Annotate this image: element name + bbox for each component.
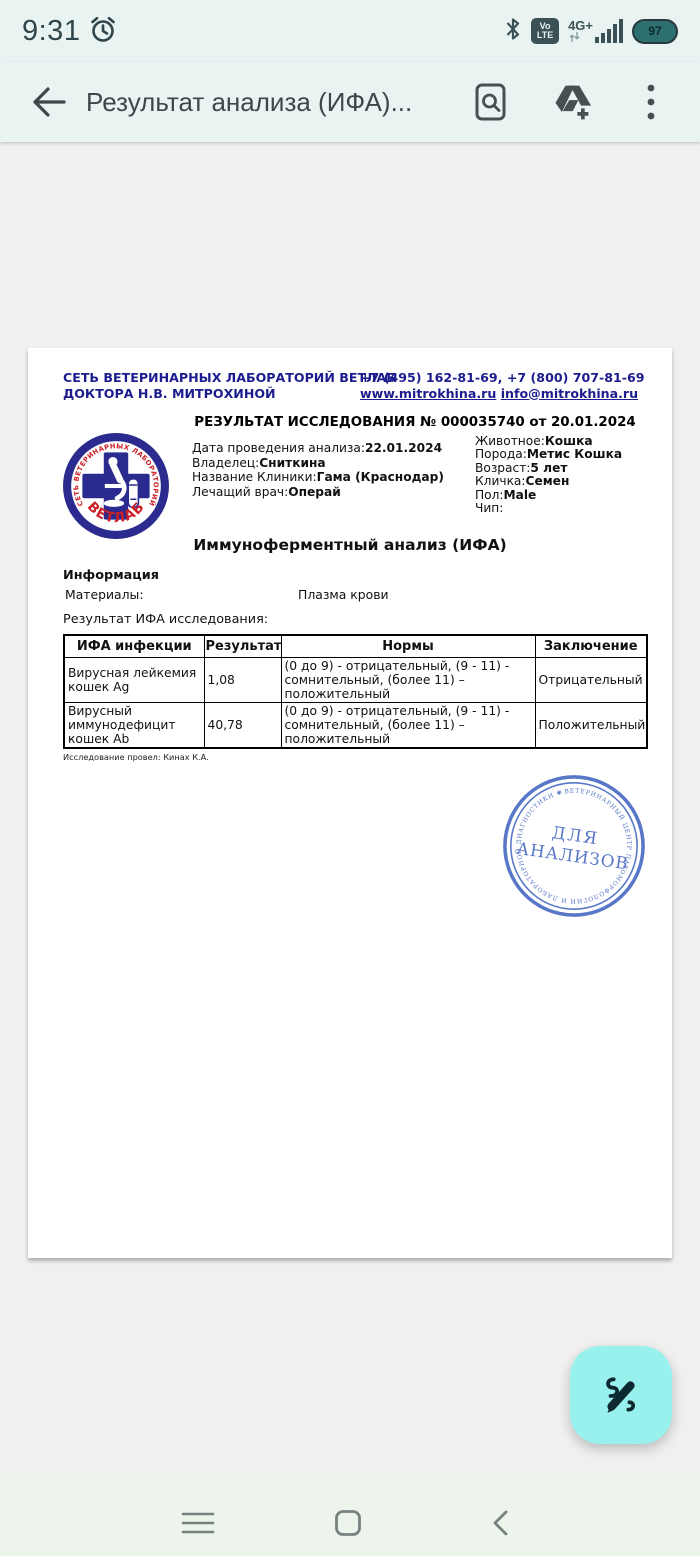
volte-bottom-label: LTE: [537, 31, 553, 40]
cell-infection: Вирусный иммунодефицит кошек Ab: [64, 703, 204, 749]
status-bar: 9:31 Vo LTE 4G+: [0, 0, 700, 62]
lab-name-line1: СЕТЬ ВЕТЕРИНАРНЫХ ЛАБОРАТОРИЙ ВЕТЛАБ: [63, 370, 396, 386]
cell-conclusion: Отрицательный: [535, 658, 647, 703]
section-title: Иммуноферментный анализ (ИФА): [28, 536, 672, 554]
back-button[interactable]: [26, 79, 72, 125]
phone-screen: 9:31 Vo LTE 4G+: [0, 0, 700, 1556]
nav-home-button[interactable]: [325, 1500, 371, 1546]
col-result: Результат: [204, 635, 281, 658]
nav-back-button[interactable]: [477, 1500, 523, 1546]
cell-norms: (0 до 9) - отрицательный, (9 - 11) - сом…: [281, 703, 535, 749]
cell-result: 1,08: [204, 658, 281, 703]
lab-stamp: ВЕТЕРИНАРНЫЙ ЦЕНТР ПАТОМОРФОЛОГИИ И ЛАБО…: [488, 760, 659, 931]
alarm-icon: [88, 14, 118, 49]
field-label: Пол:: [475, 488, 504, 502]
field-label: Возраст:: [475, 461, 530, 475]
lab-website-link[interactable]: www.mitrokhina.ru: [360, 386, 496, 401]
battery-percent: 97: [648, 24, 661, 38]
app-bar-actions: [468, 79, 674, 125]
network-type-label: 4G+: [568, 21, 593, 31]
find-in-file-icon: [473, 82, 509, 122]
col-conclusion: Заключение: [535, 635, 647, 658]
data-arrows-icon: [568, 31, 582, 43]
lab-contacts: +7 (495) 162-81-69, +7 (800) 707-81-69 w…: [360, 370, 645, 401]
materials-label: Материалы:: [65, 587, 144, 602]
battery-indicator: 97: [632, 19, 678, 44]
info-heading: Информация: [63, 568, 159, 583]
col-norms: Нормы: [281, 635, 535, 658]
lab-phones: +7 (495) 162-81-69, +7 (800) 707-81-69: [360, 370, 645, 386]
menu-icon: [181, 1512, 215, 1534]
pdf-viewer-area[interactable]: СЕТЬ ВЕТЕРИНАРНЫХ ЛАБОРАТОРИЙ ВЕТЛАБ ДОК…: [0, 142, 700, 1471]
field-value: Сниткина: [259, 456, 325, 470]
sex-field: Пол:Male: [475, 489, 622, 502]
result-header: РЕЗУЛЬТАТ ИССЛЕДОВАНИЯ № 000035740 от 20…: [158, 415, 672, 430]
table-row: Вирусная лейкемия кошек Ag 1,08 (0 до 9)…: [64, 658, 647, 703]
table-row: Вирусный иммунодефицит кошек Ab 40,78 (0…: [64, 703, 647, 749]
breed-field: Порода:Метис Кошка: [475, 448, 622, 461]
field-label: Дата проведения анализа:: [192, 441, 365, 455]
pdf-page: СЕТЬ ВЕТЕРИНАРНЫХ ЛАБОРАТОРИЙ ВЕТЛАБ ДОК…: [28, 348, 672, 1258]
clinic-field: Название Клиники:Гама (Краснодар): [192, 470, 444, 485]
field-value: Гама (Краснодар): [317, 470, 444, 484]
app-bar: Результат анализа (ИФА)...: [0, 62, 700, 142]
results-table-head: ИФА инфекции Результат Нормы Заключение: [64, 635, 647, 658]
results-table-caption: Результат ИФА исследования:: [63, 612, 268, 627]
signal-group: 4G+: [568, 19, 623, 43]
back-arrow-icon: [30, 85, 68, 119]
materials-row: Материалы: Плазма крови: [65, 587, 144, 602]
field-value: Метис Кошка: [527, 447, 622, 461]
field-label: Животное:: [475, 434, 545, 448]
signal-bars-icon: [595, 19, 623, 43]
cell-conclusion: Положительный: [535, 703, 647, 749]
field-value: Кошка: [545, 434, 593, 448]
nav-menu-button[interactable]: [175, 1500, 221, 1546]
veterinarian-field: Лечащий врач:Операй: [192, 485, 444, 500]
analysis-info-block: Дата проведения анализа:22.01.2024 Владе…: [192, 441, 444, 499]
home-square-icon: [334, 1509, 362, 1537]
lab-name: СЕТЬ ВЕТЕРИНАРНЫХ ЛАБОРАТОРИЙ ВЕТЛАБ ДОК…: [63, 370, 396, 401]
annotate-fab[interactable]: [570, 1346, 672, 1444]
field-value: Семен: [526, 474, 570, 488]
analysis-date-field: Дата проведения анализа:22.01.2024: [192, 441, 444, 456]
performed-by: Исследование провел: Кинах К.А.: [63, 752, 209, 762]
results-table: ИФА инфекции Результат Нормы Заключение …: [63, 634, 648, 749]
animal-field: Животное:Кошка: [475, 435, 622, 448]
overflow-menu-button[interactable]: [628, 79, 674, 125]
field-label: Лечащий врач:: [192, 485, 288, 499]
age-field: Возраст:5 лет: [475, 462, 622, 475]
nav-back-chevron-icon: [491, 1509, 509, 1537]
nickname-field: Кличка:Семен: [475, 475, 622, 488]
col-infection: ИФА инфекции: [64, 635, 204, 658]
lab-links: www.mitrokhina.ru info@mitrokhina.ru: [360, 386, 645, 402]
drive-add-icon: [550, 82, 592, 122]
volte-badge: Vo LTE: [531, 18, 559, 44]
network-type: 4G+: [568, 21, 593, 43]
status-right: Vo LTE 4G+: [504, 16, 678, 47]
lab-email-link[interactable]: info@mitrokhina.ru: [501, 386, 638, 401]
lab-name-line2: ДОКТОРА Н.В. МИТРОХИНОЙ: [63, 386, 396, 402]
header-row: ИФА инфекции Результат Нормы Заключение: [64, 635, 647, 658]
field-value: Операй: [288, 485, 341, 499]
field-label: Кличка:: [475, 474, 526, 488]
cell-result: 40,78: [204, 703, 281, 749]
results-table-body: Вирусная лейкемия кошек Ag 1,08 (0 до 9)…: [64, 658, 647, 749]
owner-field: Владелец:Сниткина: [192, 456, 444, 471]
chip-field: Чип:: [475, 502, 622, 515]
field-label: Чип:: [475, 501, 503, 515]
materials-value: Плазма крови: [298, 587, 389, 602]
animal-info-block: Животное:Кошка Порода:Метис Кошка Возрас…: [475, 435, 622, 515]
add-to-drive-button[interactable]: [548, 79, 594, 125]
field-value: 22.01.2024: [365, 441, 442, 455]
field-value: Male: [504, 488, 537, 502]
field-label: Владелец:: [192, 456, 259, 470]
field-label: Название Клиники:: [192, 470, 317, 484]
clock-time: 9:31: [22, 15, 80, 48]
field-label: Порода:: [475, 447, 527, 461]
vetlab-logo: СЕТЬ ВЕТЕРИНАРНЫХ ЛАБОРАТОРИЙ ВЕТЛАБ: [62, 432, 170, 540]
cell-infection: Вирусная лейкемия кошек Ag: [64, 658, 204, 703]
bluetooth-icon: [504, 16, 522, 47]
find-in-file-button[interactable]: [468, 79, 514, 125]
cell-norms: (0 до 9) - отрицательный, (9 - 11) - сом…: [281, 658, 535, 703]
kebab-menu-icon: [646, 83, 656, 121]
signature-pen-icon: [598, 1372, 644, 1418]
document-title: Результат анализа (ИФА)...: [86, 87, 468, 118]
status-left: 9:31: [22, 14, 118, 49]
field-value: 5 лет: [530, 461, 567, 475]
